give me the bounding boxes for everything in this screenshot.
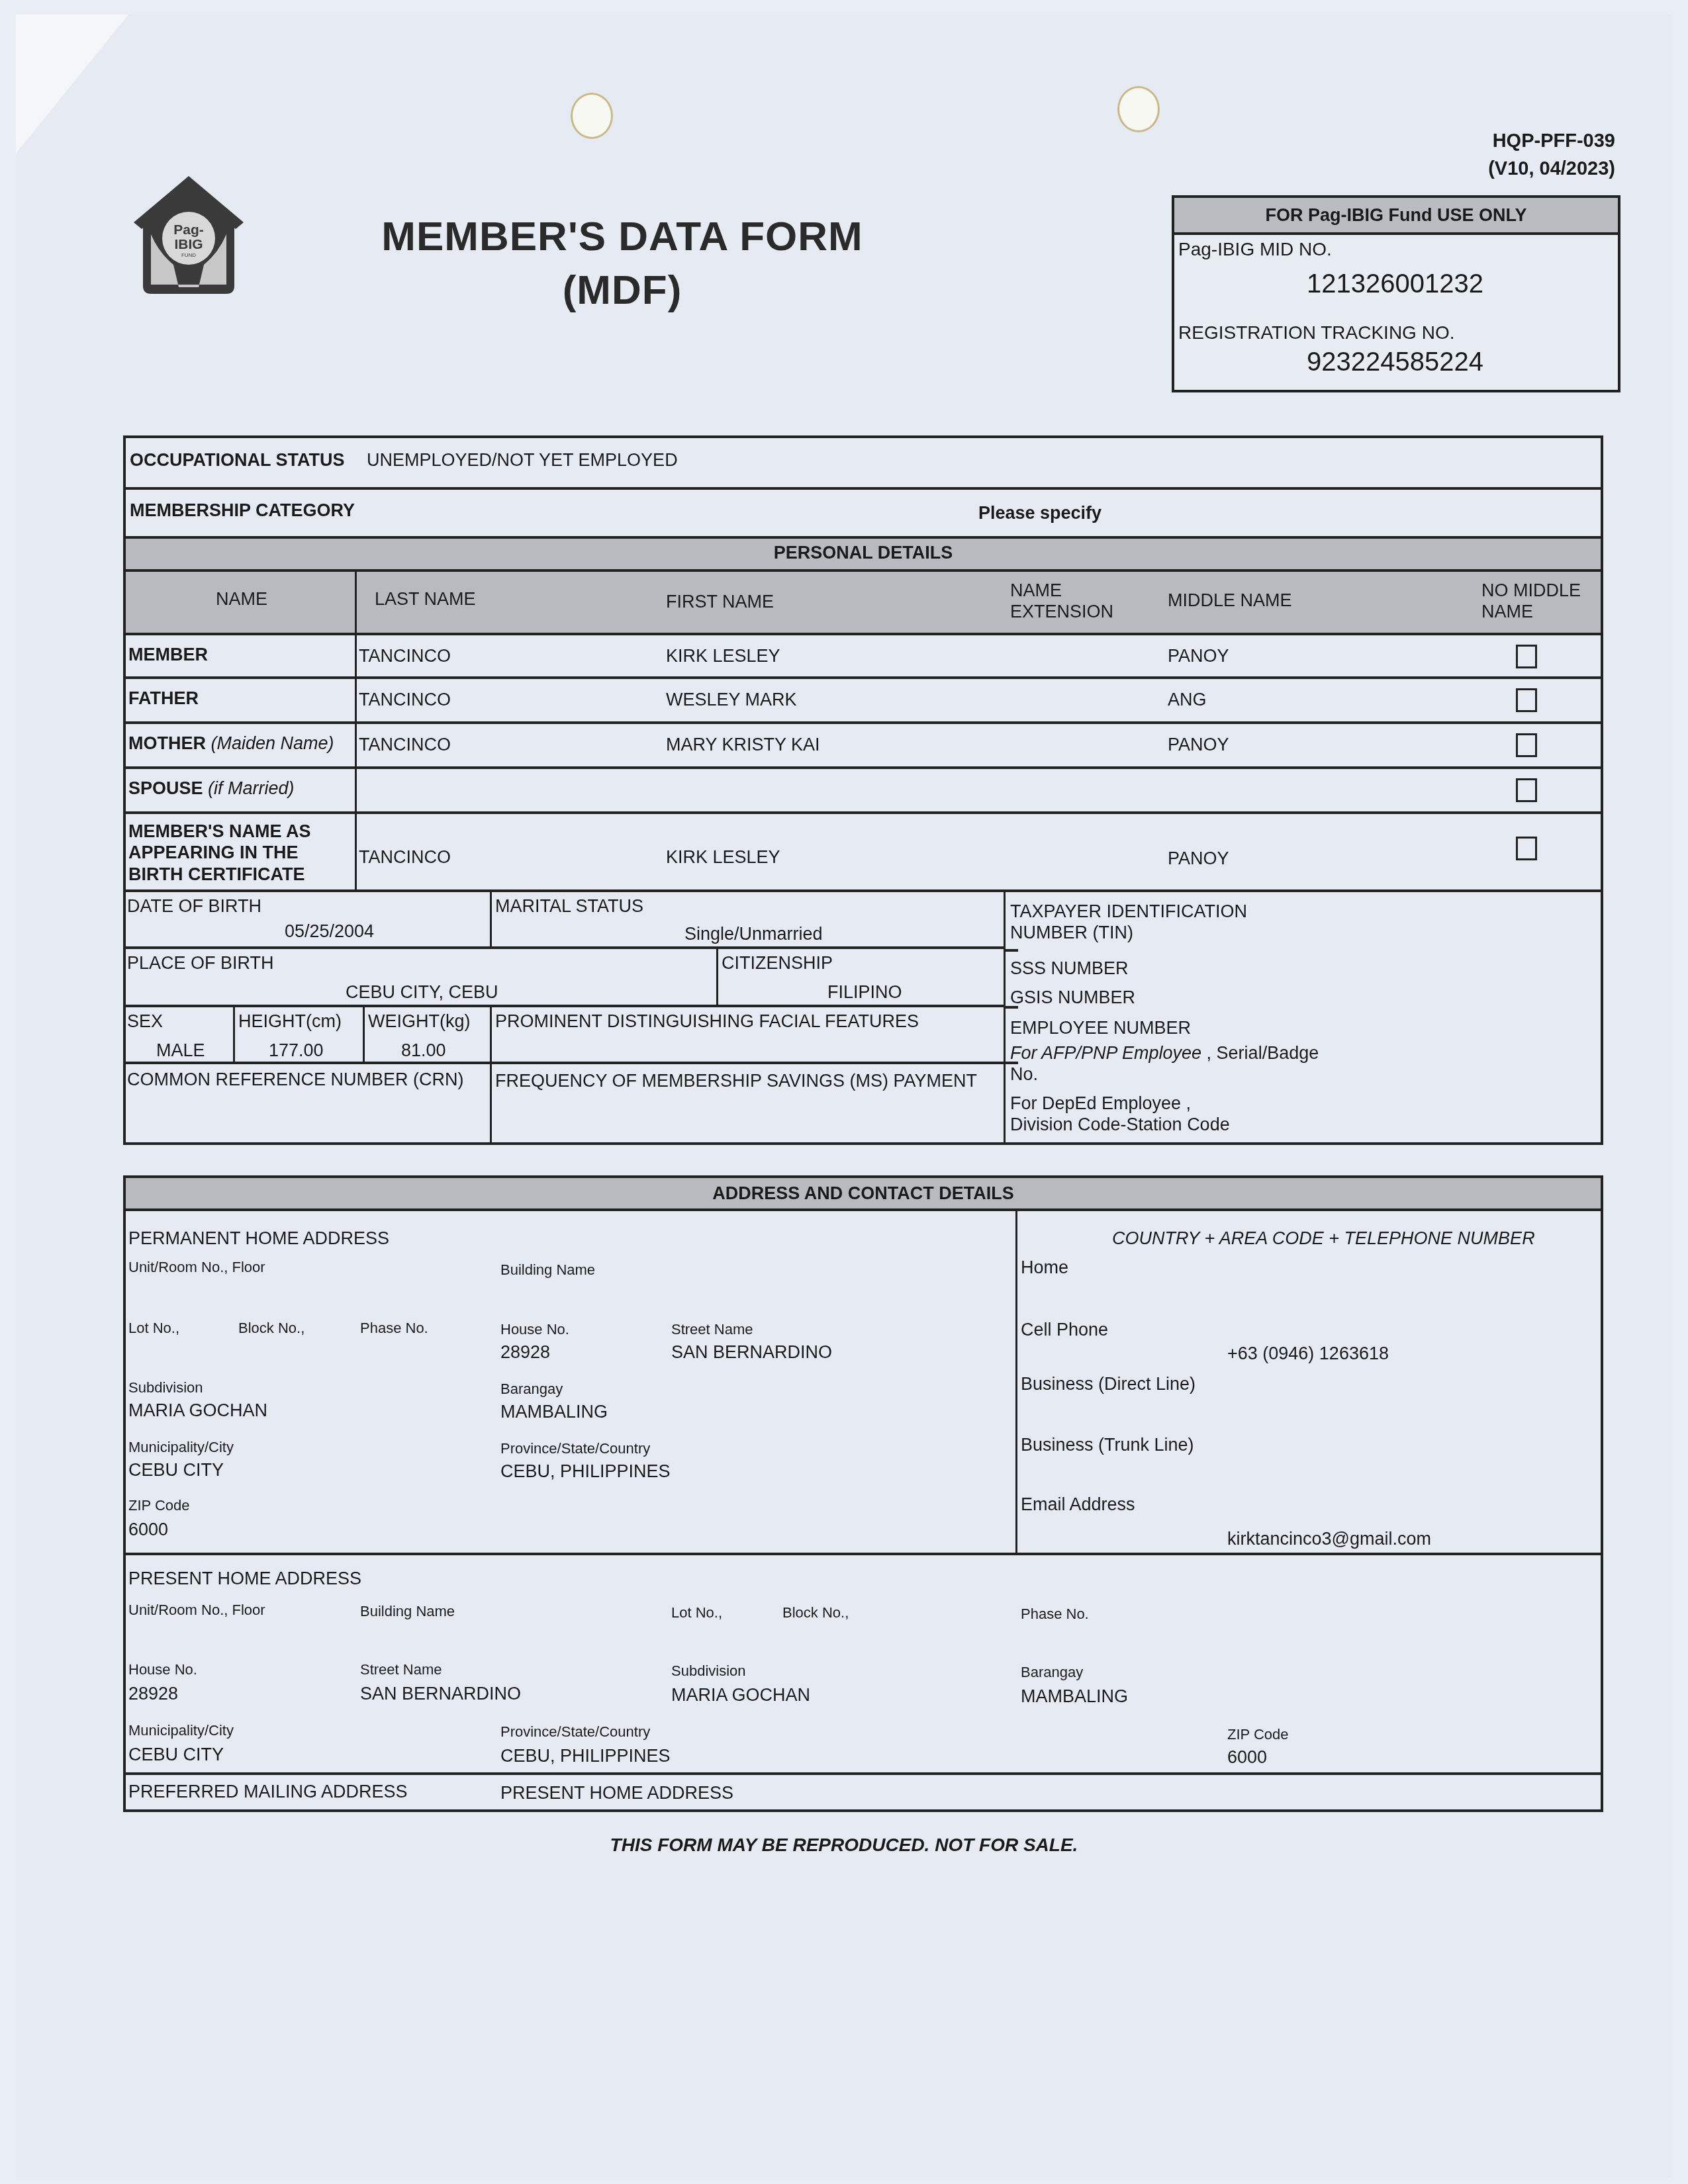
dob-label: DATE OF BIRTH	[127, 896, 261, 917]
perm-city-label: Municipality/City	[128, 1439, 234, 1456]
pres-street-value[interactable]: SAN BERNARDINO	[360, 1684, 521, 1704]
height-value[interactable]: 177.00	[269, 1040, 324, 1061]
perm-building-label: Building Name	[500, 1261, 595, 1279]
punch-hole-left	[571, 93, 613, 139]
birth-cert-no-middle-checkbox[interactable]	[1516, 837, 1537, 860]
place-of-birth-value[interactable]: CEBU CITY, CEBU	[346, 982, 498, 1003]
perm-zip-value[interactable]: 6000	[128, 1520, 168, 1540]
col-first-name: FIRST NAME	[666, 592, 774, 612]
occupational-status-value[interactable]: UNEMPLOYED/NOT YET EMPLOYED	[367, 450, 678, 471]
svg-text:Pag-: Pag-	[173, 222, 204, 238]
weight-label: WEIGHT(kg)	[368, 1011, 471, 1032]
svg-text:FUND: FUND	[181, 252, 196, 258]
tin-label: TAXPAYER IDENTIFICATION	[1010, 901, 1247, 922]
perm-subdivision-value[interactable]: MARIA GOCHAN	[128, 1400, 267, 1421]
col-last-name: LAST NAME	[375, 589, 476, 610]
pres-unit-label: Unit/Room No., Floor	[128, 1602, 265, 1619]
pres-street-label: Street Name	[360, 1661, 442, 1678]
home-phone-label: Home	[1021, 1257, 1068, 1278]
perm-house-value[interactable]: 28928	[500, 1342, 550, 1363]
pres-zip-value[interactable]: 6000	[1227, 1747, 1267, 1768]
pres-city-label: Municipality/City	[128, 1722, 234, 1739]
perm-city-value[interactable]: CEBU CITY	[128, 1460, 224, 1480]
pres-block-label: Block No.,	[782, 1604, 849, 1621]
deped-label-line2: Division Code-Station Code	[1010, 1115, 1230, 1135]
pres-building-label: Building Name	[360, 1603, 455, 1620]
citizenship-label: CITIZENSHIP	[722, 953, 833, 974]
birth-cert-first-name[interactable]: KIRK LESLEY	[666, 847, 780, 868]
punch-hole-right	[1117, 86, 1160, 132]
ms-frequency-label: FREQUENCY OF MEMBERSHIP SAVINGS (MS) PAY…	[495, 1071, 977, 1091]
afp-pnp-label-line2: No.	[1010, 1064, 1038, 1085]
perm-street-label: Street Name	[671, 1321, 753, 1338]
father-no-middle-checkbox[interactable]	[1516, 688, 1537, 712]
pres-house-value[interactable]: 28928	[128, 1684, 178, 1704]
father-middle-name[interactable]: ANG	[1168, 690, 1207, 710]
pres-city-value[interactable]: CEBU CITY	[128, 1745, 224, 1765]
perm-subdivision-label: Subdivision	[128, 1379, 203, 1396]
height-label: HEIGHT(cm)	[238, 1011, 342, 1032]
deped-label: For DepEd Employee ,	[1010, 1093, 1191, 1114]
title-line-2: (MDF)	[351, 264, 894, 318]
facial-features-label: PROMINENT DISTINGUISHING FACIAL FEATURES	[495, 1011, 919, 1032]
occupational-status-label: OCCUPATIONAL STATUS	[130, 450, 345, 471]
pres-lot-label: Lot No.,	[671, 1604, 722, 1621]
member-last-name[interactable]: TANCINCO	[359, 646, 451, 666]
svg-text:IBIG: IBIG	[174, 237, 203, 252]
row-birth-cert-label: MEMBER'S NAME AS APPEARING IN THE BIRTH …	[128, 821, 353, 885]
pres-barangay-value[interactable]: MAMBALING	[1021, 1686, 1128, 1707]
mother-last-name[interactable]: TANCINCO	[359, 735, 451, 755]
email-value[interactable]: kirktancinco3@gmail.com	[1227, 1529, 1431, 1549]
marital-status-label: MARITAL STATUS	[495, 896, 643, 917]
business-trunk-label: Business (Trunk Line)	[1021, 1435, 1194, 1455]
pres-province-value[interactable]: CEBU, PHILIPPINES	[500, 1746, 671, 1766]
form-code-block: HQP-PFF-039 (V10, 04/2023)	[1488, 127, 1615, 183]
citizenship-value[interactable]: FILIPINO	[827, 982, 902, 1003]
membership-category-label: MEMBERSHIP CATEGORY	[130, 500, 355, 521]
perm-barangay-value[interactable]: MAMBALING	[500, 1402, 608, 1422]
col-name-extension: NAME EXTENSION	[1010, 580, 1123, 623]
birth-cert-middle-name[interactable]: PANOY	[1168, 848, 1229, 869]
pres-phase-label: Phase No.	[1021, 1606, 1089, 1623]
pres-subdivision-value[interactable]: MARIA GOCHAN	[671, 1685, 810, 1706]
pres-subdivision-label: Subdivision	[671, 1662, 746, 1680]
perm-province-value[interactable]: CEBU, PHILIPPINES	[500, 1461, 671, 1482]
row-mother-label: MOTHER (Maiden Name)	[128, 733, 334, 754]
pres-barangay-label: Barangay	[1021, 1664, 1083, 1681]
perm-lot-label: Lot No.,	[128, 1320, 179, 1337]
father-first-name[interactable]: WESLEY MARK	[666, 690, 797, 710]
mid-value[interactable]: 121326001232	[1307, 269, 1483, 299]
fund-use-header: FOR Pag-IBIG Fund USE ONLY	[1174, 198, 1618, 235]
weight-value[interactable]: 81.00	[401, 1040, 446, 1061]
business-direct-label: Business (Direct Line)	[1021, 1374, 1196, 1394]
permanent-address-title: PERMANENT HOME ADDRESS	[128, 1228, 389, 1249]
form-code: HQP-PFF-039	[1488, 127, 1615, 155]
pres-province-label: Province/State/Country	[500, 1723, 650, 1741]
gsis-label: GSIS NUMBER	[1010, 987, 1135, 1008]
address-table	[123, 1175, 1603, 1812]
sex-value[interactable]: MALE	[156, 1040, 205, 1061]
footer-note: THIS FORM MAY BE REPRODUCED. NOT FOR SAL…	[0, 1835, 1688, 1856]
member-no-middle-checkbox[interactable]	[1516, 645, 1537, 668]
preferred-mailing-label: PREFERRED MAILING ADDRESS	[128, 1782, 408, 1802]
mother-no-middle-checkbox[interactable]	[1516, 733, 1537, 757]
rtn-value[interactable]: 923224585224	[1307, 347, 1483, 377]
place-of-birth-label: PLACE OF BIRTH	[127, 953, 274, 974]
afp-pnp-label: For AFP/PNP Employee , Serial/Badge	[1010, 1043, 1319, 1064]
pres-house-label: House No.	[128, 1661, 197, 1678]
member-first-name[interactable]: KIRK LESLEY	[666, 646, 780, 666]
sex-label: SEX	[127, 1011, 163, 1032]
pres-zip-label: ZIP Code	[1227, 1726, 1289, 1743]
cell-phone-value[interactable]: +63 (0946) 1263618	[1227, 1343, 1389, 1364]
cell-phone-label: Cell Phone	[1021, 1320, 1108, 1340]
spouse-no-middle-checkbox[interactable]	[1516, 778, 1537, 802]
mother-first-name[interactable]: MARY KRISTY KAI	[666, 735, 820, 755]
perm-zip-label: ZIP Code	[128, 1497, 190, 1514]
personal-details-title: PERSONAL DETAILS	[0, 543, 1688, 563]
col-middle-name: MIDDLE NAME	[1168, 590, 1292, 611]
col-name: NAME	[216, 589, 267, 610]
perm-province-label: Province/State/Country	[500, 1440, 650, 1457]
perm-phase-label: Phase No.	[360, 1320, 428, 1337]
present-address-title: PRESENT HOME ADDRESS	[128, 1569, 361, 1589]
sss-label: SSS NUMBER	[1010, 958, 1129, 979]
col-no-middle-name: NO MIDDLE NAME	[1481, 580, 1587, 623]
email-label: Email Address	[1021, 1494, 1135, 1515]
folded-corner	[16, 15, 128, 154]
pag-ibig-logo-icon: Pag- IBIG FUND	[132, 173, 245, 296]
marital-status-value[interactable]: Single/Unmarried	[684, 924, 823, 944]
crn-label: COMMON REFERENCE NUMBER (CRN)	[127, 1069, 464, 1090]
row-spouse-label: SPOUSE (if Married)	[128, 778, 295, 799]
mid-label: Pag-IBIG MID NO.	[1178, 239, 1332, 260]
rtn-label: REGISTRATION TRACKING NO.	[1178, 322, 1454, 343]
row-member-label: MEMBER	[128, 645, 208, 665]
employee-number-label: EMPLOYEE NUMBER	[1010, 1018, 1191, 1038]
perm-unit-label: Unit/Room No., Floor	[128, 1259, 265, 1276]
perm-barangay-label: Barangay	[500, 1381, 563, 1398]
tin-label-line2: NUMBER (TIN)	[1010, 923, 1133, 943]
form-version: (V10, 04/2023)	[1488, 155, 1615, 183]
perm-block-label: Block No.,	[238, 1320, 305, 1337]
birth-cert-last-name[interactable]: TANCINCO	[359, 847, 451, 868]
mother-middle-name[interactable]: PANOY	[1168, 735, 1229, 755]
perm-street-value[interactable]: SAN BERNARDINO	[671, 1342, 832, 1363]
fund-use-box: FOR Pag-IBIG Fund USE ONLY Pag-IBIG MID …	[1172, 195, 1620, 392]
preferred-mailing-value[interactable]: PRESENT HOME ADDRESS	[500, 1783, 733, 1803]
address-section-title: ADDRESS AND CONTACT DETAILS	[0, 1183, 1688, 1204]
row-father-label: FATHER	[128, 688, 199, 709]
dob-value[interactable]: 05/25/2004	[285, 921, 374, 942]
contact-header: COUNTRY + AREA CODE + TELEPHONE NUMBER	[1112, 1228, 1535, 1249]
father-last-name[interactable]: TANCINCO	[359, 690, 451, 710]
member-middle-name[interactable]: PANOY	[1168, 646, 1229, 666]
perm-house-label: House No.	[500, 1321, 569, 1338]
form-title: MEMBER'S DATA FORM (MDF)	[351, 210, 894, 317]
please-specify-label: Please specify	[978, 503, 1102, 523]
title-line-1: MEMBER'S DATA FORM	[351, 210, 894, 264]
